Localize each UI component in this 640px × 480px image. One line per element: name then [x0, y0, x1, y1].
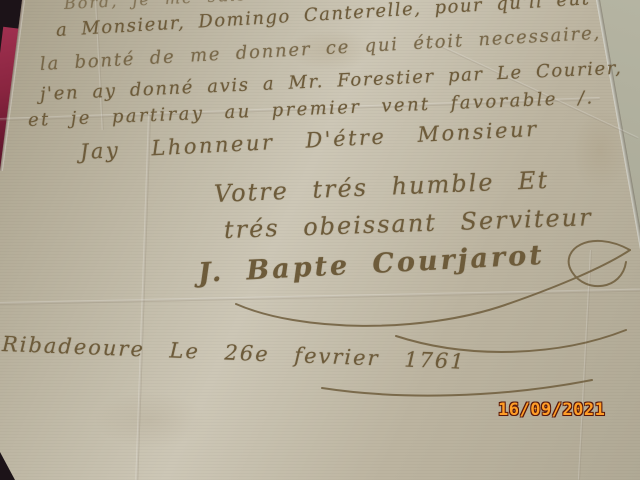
manuscript-letter-photo: Bord, je me suis doné … a Monsieur, Domi…: [0, 0, 640, 480]
camera-date-stamp: 16/09/2021: [498, 400, 605, 420]
